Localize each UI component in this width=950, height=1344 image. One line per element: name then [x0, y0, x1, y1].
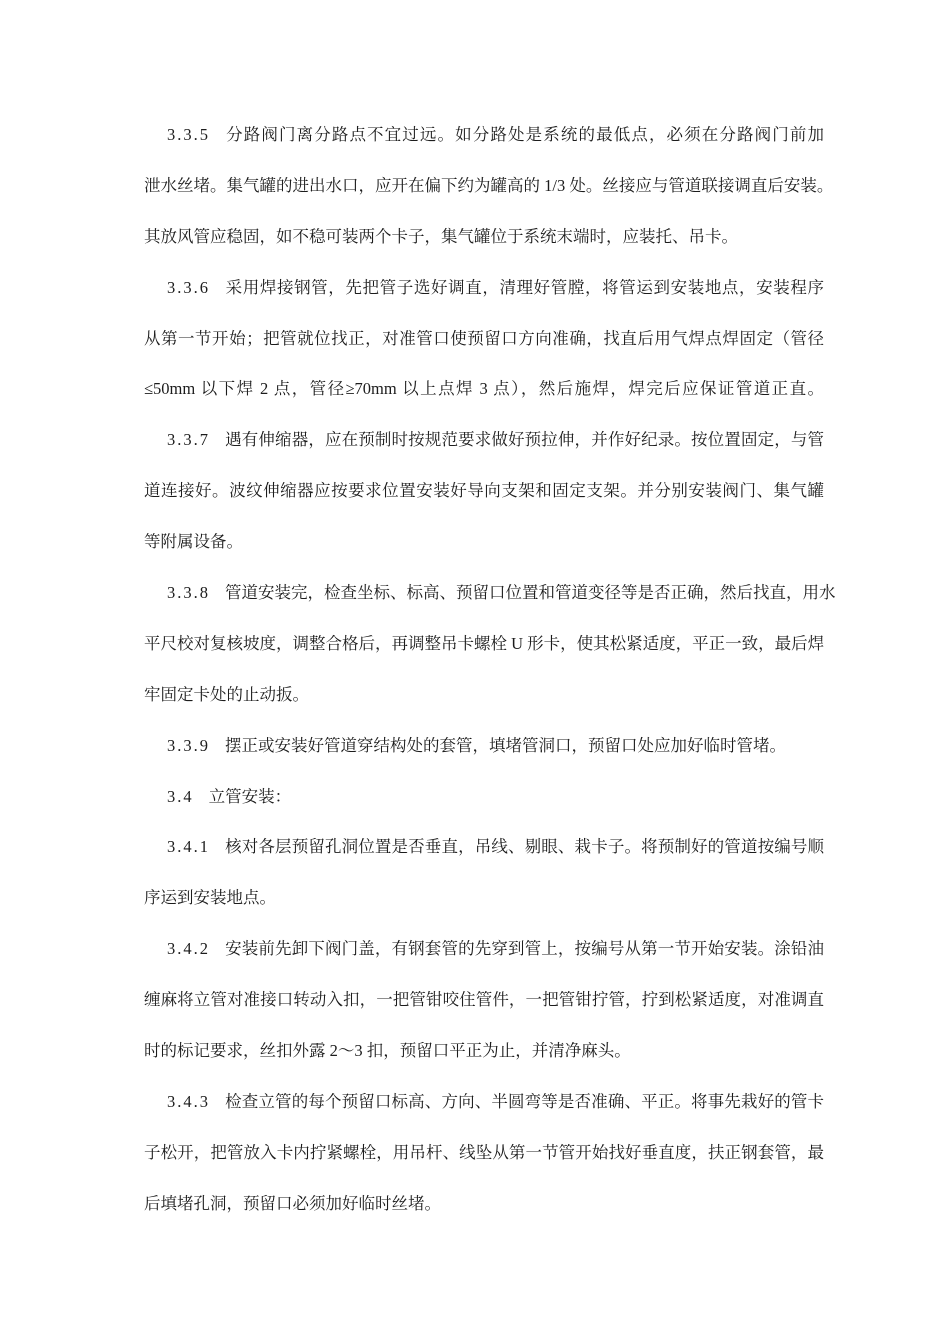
text-line: 3.4.2安装前先卸下阀门盖，有钢套管的先穿到管上，按编号从第一节开始安装。涂铅…: [144, 924, 824, 975]
text-line: 3.4.1核对各层预留孔洞位置是否垂直，吊线、剔眼、栽卡子。将预制好的管道按编号…: [144, 822, 824, 873]
text-line: ≤50mm 以下焊 2 点，管径≥70mm 以上点焊 3 点），然后施焊，焊完后…: [144, 364, 824, 415]
text-line: 平尺校对复核坡度，调整合格后，再调整吊卡螺栓 U 形卡，使其松紧适度，平正一致，…: [144, 619, 824, 670]
text-line: 序运到安装地点。: [144, 873, 824, 924]
section-number: 3.3.7: [167, 430, 210, 449]
text-line: 泄水丝堵。集气罐的进出水口，应开在偏下约为罐高的 1/3 处。丝接应与管道联接调…: [144, 161, 824, 212]
line-text: 序运到安装地点。: [144, 888, 276, 907]
text-line: 牢固定卡处的止动扳。: [144, 670, 824, 721]
section-number: 3.4.2: [167, 939, 210, 958]
text-line: 3.4.3检查立管的每个预留口标高、方向、半圆弯等是否准确、平正。将事先栽好的管…: [144, 1077, 824, 1128]
paragraph-3.3.6: 3.3.6采用焊接钢管，先把管子选好调直，清理好管膛，将管运到安装地点，安装程序…: [144, 263, 824, 416]
line-text: 时的标记要求，丝扣外露 2～3 扣，预留口平正为止，并清净麻头。: [144, 1041, 631, 1060]
section-number: 3.4.3: [167, 1092, 210, 1111]
text-line: 3.3.6采用焊接钢管，先把管子选好调直，清理好管膛，将管运到安装地点，安装程序: [144, 263, 824, 314]
paragraph-3.3.8: 3.3.8管道安装完，检查坐标、标高、预留口位置和管道变径等是否正确，然后找直，…: [144, 568, 824, 721]
line-text: 泄水丝堵。集气罐的进出水口，应开在偏下约为罐高的 1/3 处。丝接应与管道联接调…: [144, 176, 833, 195]
paragraph-3.4: 3.4立管安装：: [144, 772, 824, 823]
document-content: 3.3.5分路阀门离分路点不宜过远。如分路处是系统的最低点，必须在分路阀门前加泄…: [144, 0, 824, 1230]
text-line: 时的标记要求，丝扣外露 2～3 扣，预留口平正为止，并清净麻头。: [144, 1026, 824, 1077]
line-text: 分路阀门离分路点不宜过远。如分路处是系统的最低点，必须在分路阀门前加: [225, 125, 824, 144]
section-number: 3.3.6: [167, 278, 210, 297]
line-text: 从第一节开始；把管就位找正，对准管口使预留口方向准确，找直后用气焊点焊固定（管径: [144, 329, 824, 348]
text-line: 3.4立管安装：: [144, 772, 824, 823]
text-line: 道连接好。波纹伸缩器应按要求位置安装好导向支架和固定支架。并分别安装阀门、集气罐: [144, 466, 824, 517]
line-text: 牢固定卡处的止动扳。: [144, 685, 309, 704]
paragraph-3.3.9: 3.3.9摆正或安装好管道穿结构处的套管，填堵管洞口，预留口处应加好临时管堵。: [144, 721, 824, 772]
paragraph-3.4.1: 3.4.1核对各层预留孔洞位置是否垂直，吊线、剔眼、栽卡子。将预制好的管道按编号…: [144, 822, 824, 924]
line-text: 检查立管的每个预留口标高、方向、半圆弯等是否准确、平正。将事先栽好的管卡: [225, 1092, 824, 1111]
paragraph-3.4.3: 3.4.3检查立管的每个预留口标高、方向、半圆弯等是否准确、平正。将事先栽好的管…: [144, 1077, 824, 1230]
line-text: 遇有伸缩器，应在预制时按规范要求做好预拉伸，并作好纪录。按位置固定，与管: [225, 430, 824, 449]
section-number: 3.3.9: [167, 736, 210, 755]
section-number: 3.3.8: [167, 583, 210, 602]
line-text: 摆正或安装好管道穿结构处的套管，填堵管洞口，预留口处应加好临时管堵。: [225, 736, 786, 755]
text-line: 3.3.8管道安装完，检查坐标、标高、预留口位置和管道变径等是否正确，然后找直，…: [144, 568, 824, 619]
section-number: 3.4.1: [167, 837, 210, 856]
text-line: 3.3.7遇有伸缩器，应在预制时按规范要求做好预拉伸，并作好纪录。按位置固定，与…: [144, 415, 824, 466]
text-line: 等附属设备。: [144, 517, 824, 568]
text-line: 其放风管应稳固，如不稳可装两个卡子，集气罐位于系统末端时，应装托、吊卡。: [144, 212, 824, 263]
text-line: 后填堵孔洞，预留口必须加好临时丝堵。: [144, 1179, 824, 1230]
text-line: 3.3.5分路阀门离分路点不宜过远。如分路处是系统的最低点，必须在分路阀门前加: [144, 110, 824, 161]
line-text: 核对各层预留孔洞位置是否垂直，吊线、剔眼、栽卡子。将预制好的管道按编号顺: [225, 837, 824, 856]
line-text: ≤50mm 以下焊 2 点，管径≥70mm 以上点焊 3 点），然后施焊，焊完后…: [144, 379, 824, 398]
line-text: 安装前先卸下阀门盖，有钢套管的先穿到管上，按编号从第一节开始安装。涂铅油: [225, 939, 824, 958]
paragraph-3.3.7: 3.3.7遇有伸缩器，应在预制时按规范要求做好预拉伸，并作好纪录。按位置固定，与…: [144, 415, 824, 568]
line-text: 立管安装：: [209, 787, 292, 806]
line-text: 平尺校对复核坡度，调整合格后，再调整吊卡螺栓 U 形卡，使其松紧适度，平正一致，…: [144, 634, 824, 653]
line-text: 管道安装完，检查坐标、标高、预留口位置和管道变径等是否正确，然后找直，用水: [225, 583, 836, 602]
text-line: 从第一节开始；把管就位找正，对准管口使预留口方向准确，找直后用气焊点焊固定（管径: [144, 314, 824, 365]
line-text: 缠麻将立管对准接口转动入扣，一把管钳咬住管件，一把管钳拧管，拧到松紧适度，对准调…: [144, 990, 824, 1009]
text-line: 缠麻将立管对准接口转动入扣，一把管钳咬住管件，一把管钳拧管，拧到松紧适度，对准调…: [144, 975, 824, 1026]
section-number: 3.3.5: [167, 125, 210, 144]
line-text: 子松开，把管放入卡内拧紧螺栓，用吊杆、线坠从第一节管开始找好垂直度，扶正钢套管，…: [144, 1143, 824, 1162]
text-line: 子松开，把管放入卡内拧紧螺栓，用吊杆、线坠从第一节管开始找好垂直度，扶正钢套管，…: [144, 1128, 824, 1179]
section-number: 3.4: [167, 787, 194, 806]
line-text: 后填堵孔洞，预留口必须加好临时丝堵。: [144, 1194, 441, 1213]
paragraph-3.3.5: 3.3.5分路阀门离分路点不宜过远。如分路处是系统的最低点，必须在分路阀门前加泄…: [144, 110, 824, 263]
text-line: 3.3.9摆正或安装好管道穿结构处的套管，填堵管洞口，预留口处应加好临时管堵。: [144, 721, 824, 772]
document-page: 3.3.5分路阀门离分路点不宜过远。如分路处是系统的最低点，必须在分路阀门前加泄…: [0, 0, 950, 1344]
line-text: 采用焊接钢管，先把管子选好调直，清理好管膛，将管运到安装地点，安装程序: [225, 278, 824, 297]
line-text: 等附属设备。: [144, 532, 243, 551]
line-text: 道连接好。波纹伸缩器应按要求位置安装好导向支架和固定支架。并分别安装阀门、集气罐: [144, 481, 824, 500]
paragraph-3.4.2: 3.4.2安装前先卸下阀门盖，有钢套管的先穿到管上，按编号从第一节开始安装。涂铅…: [144, 924, 824, 1077]
line-text: 其放风管应稳固，如不稳可装两个卡子，集气罐位于系统末端时，应装托、吊卡。: [144, 227, 738, 246]
